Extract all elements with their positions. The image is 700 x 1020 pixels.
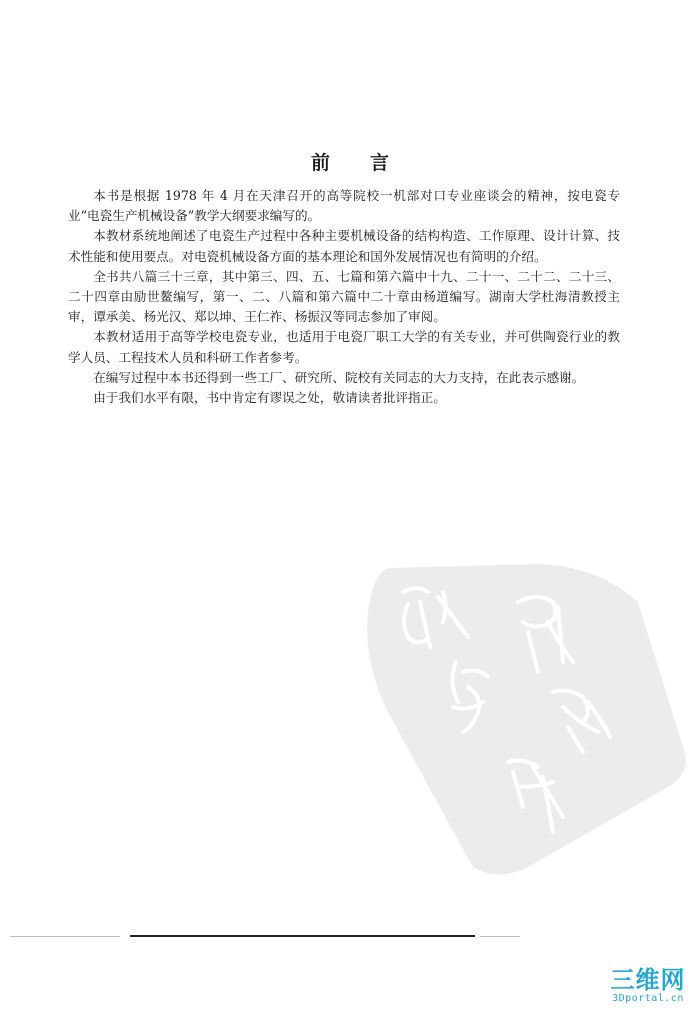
page-title-char-2: 言 — [370, 148, 389, 175]
paragraph-2: 本教材系统地阐述了电瓷生产过程中各种主要机械设备的结构构造、工作原理、设计计算、… — [68, 226, 620, 266]
logo-english: 3Dportal.cn — [598, 993, 698, 1005]
page-edge-line — [130, 935, 475, 937]
preface-body: 本书是根据 1978 年 4 月在天津召开的高等院校一机部对口专业座谈会的精神，… — [68, 186, 620, 408]
paragraph-5: 在编写过程中本书还得到一些工厂、研究所、院校有关同志的大力支持，在此表示感谢。 — [68, 368, 620, 388]
seal-stamp-watermark — [348, 562, 693, 882]
paragraph-6: 由于我们水平有限，书中肯定有谬误之处，敬请读者批评指正。 — [68, 388, 620, 408]
seal-icon — [348, 562, 693, 882]
page-title-char-1: 前 — [311, 148, 330, 175]
paragraph-1: 本书是根据 1978 年 4 月在天津召开的高等院校一机部对口专业座谈会的精神，… — [68, 186, 620, 226]
page-edge-line-right — [480, 936, 520, 937]
page-title: 前言 — [0, 148, 700, 175]
logo-chinese: 三维网 — [598, 967, 698, 993]
site-logo: 三维网 3Dportal.cn — [598, 967, 698, 1017]
paragraph-3: 全书共八篇三十三章，其中第三、四、五、七篇和第六篇中十九、二十一、二十二、二十三… — [68, 267, 620, 328]
page-edge-line-left — [10, 936, 120, 937]
paragraph-4: 本教材适用于高等学校电瓷专业，也适用于电瓷厂职工大学的有关专业，并可供陶瓷行业的… — [68, 327, 620, 367]
